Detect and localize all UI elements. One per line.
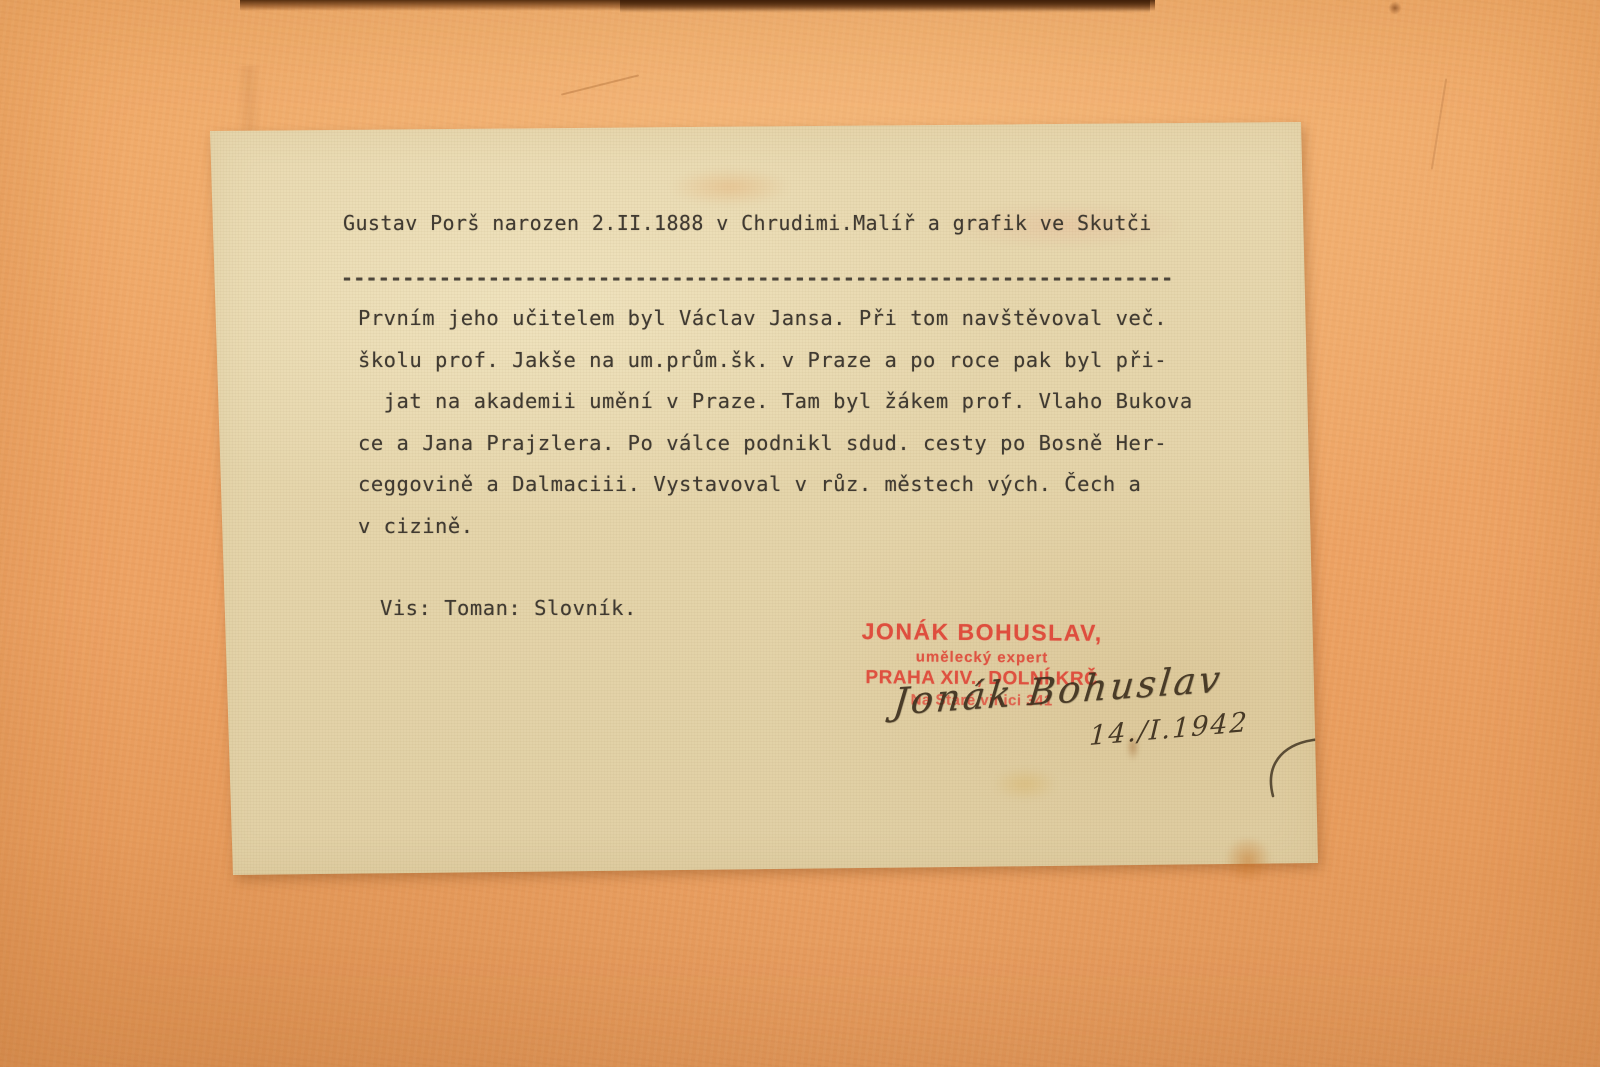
typewritten-note-paper: Gustav Porš narozen 2.II.1888 v Chrudimi… xyxy=(205,118,1325,880)
paper-sheet: Gustav Porš narozen 2.II.1888 v Chrudimi… xyxy=(205,118,1325,880)
stain xyxy=(1222,838,1274,882)
body-line: Prvním jeho učitelem byl Václav Jansa. P… xyxy=(358,298,1193,340)
heading-line: Gustav Porš narozen 2.II.1888 v Chrudimi… xyxy=(343,211,1152,235)
board-dark-spot xyxy=(1388,2,1402,14)
stamp-name-line: JONÁK BOHUSLAV, xyxy=(857,618,1107,647)
stamp-title-line: umělecký expert xyxy=(857,648,1107,667)
archive-board-photo: Gustav Porš narozen 2.II.1888 v Chrudimi… xyxy=(0,0,1600,1067)
body-paragraph: Prvním jeho učitelem byl Václav Jansa. P… xyxy=(358,298,1193,547)
body-line: ceggovině a Dalmaciii. Vystavoval v růz.… xyxy=(358,464,1193,506)
reference-line: Vis: Toman: Slovník. xyxy=(380,596,637,620)
body-line: jat na akademii umění v Praze. Tam byl ž… xyxy=(358,381,1193,423)
board-scratch xyxy=(561,74,639,95)
stain xyxy=(655,163,805,211)
body-line: v cizině. xyxy=(358,506,1193,548)
body-line: ce a Jana Prajzlera. Po válce podnikl sd… xyxy=(358,423,1193,465)
divider-dashed-line: ----------------------------------------… xyxy=(341,266,1173,290)
board-scratch xyxy=(1431,78,1447,169)
body-line: školu prof. Jakše na um.prům.šk. v Praze… xyxy=(358,340,1193,382)
board-top-edge-dark-segment xyxy=(620,0,1150,13)
stain xyxy=(985,763,1065,805)
